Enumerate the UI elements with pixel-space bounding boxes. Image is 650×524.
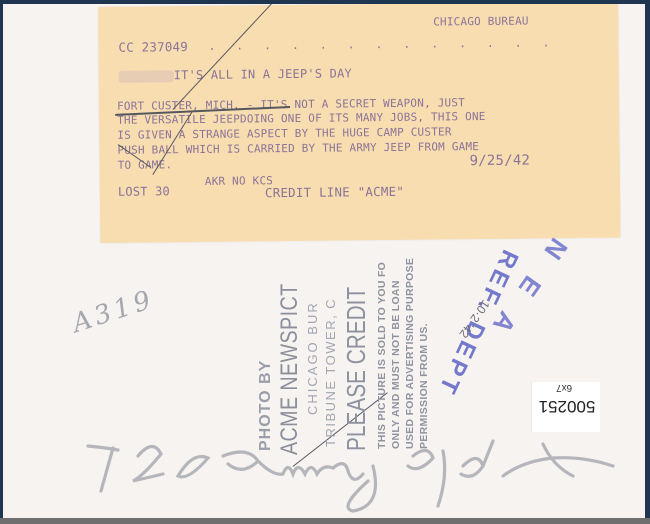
please-credit: PLEASE CREDIT — [341, 287, 372, 451]
reference-number: CC 237049 — [118, 39, 188, 55]
inventory-label: 6x7 500251 — [531, 382, 600, 432]
inventory-number: 500251 — [538, 396, 596, 416]
agency-office: CHICAGO BUR — [305, 301, 320, 415]
ink-smudge — [119, 70, 174, 83]
caption-codes: AKR NO KCS — [205, 174, 273, 188]
caption-slip: CHICAGO BUREAU CC 237049 . . . . . . . .… — [98, 4, 620, 243]
received-stamp: N E A REF. DEPT 10·2 '42 — [408, 234, 608, 394]
notice-line-2: ONLY AND MUST NOT BE LOAN — [390, 280, 402, 449]
handwritten-signature — [83, 436, 623, 516]
caption-date: 9/25/42 — [470, 152, 531, 169]
leader-dots: . . . . . . . . . . . . . — [208, 35, 556, 53]
caption-line-5: TO GAME. — [118, 158, 173, 173]
agency-address: TRIBUNE TOWER, C — [323, 298, 338, 447]
agency-name: ACME NEWSPICT — [276, 283, 304, 455]
photo-back: CHICAGO BUREAU CC 237049 . . . . . . . .… — [3, 4, 645, 520]
bureau-label: CHICAGO BUREAU — [433, 14, 529, 28]
handwritten-archive-id: A319 — [69, 284, 159, 339]
acme-credit-stamp: PHOTO BY ACME NEWSPICT CHICAGO BUR TRIBU… — [251, 240, 431, 455]
credit-line: CREDIT LINE "ACME" — [265, 184, 404, 200]
notice-line-1: THIS PICTURE IS SOLD TO YOU FO — [376, 262, 388, 449]
scan-bottom-edge — [0, 518, 650, 524]
lost-line: LOST 30 — [118, 184, 170, 199]
size-label: 6x7 — [556, 382, 572, 393]
